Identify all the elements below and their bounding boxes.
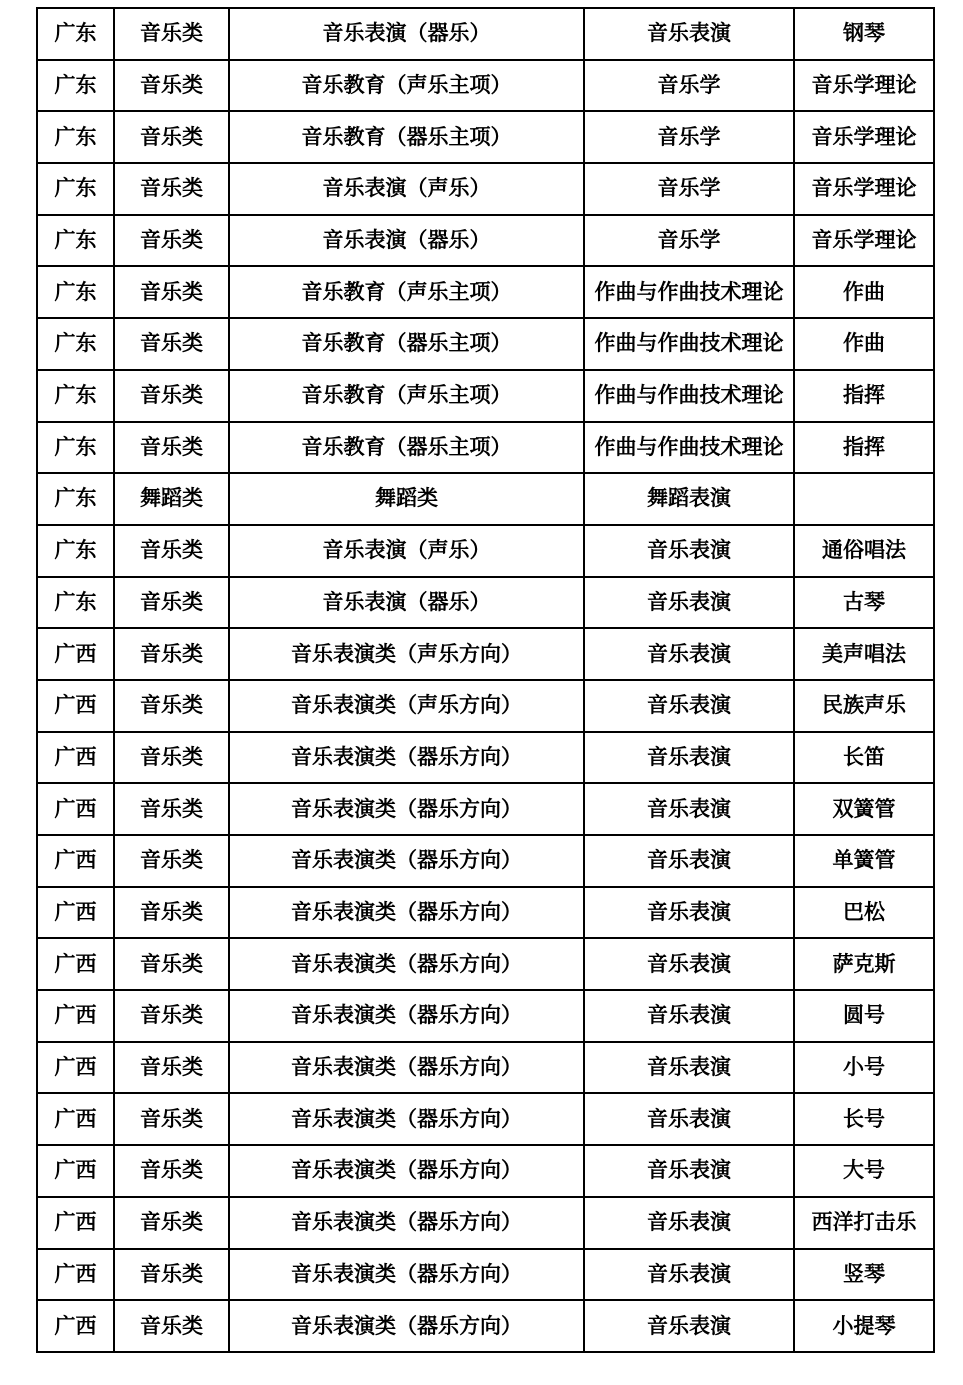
table-row: 广西音乐类音乐表演类（器乐方向）音乐表演小号 (37, 1042, 934, 1094)
major-cell: 音乐教育（声乐主项） (229, 60, 584, 112)
table-row: 广西音乐类音乐表演类（器乐方向）音乐表演大号 (37, 1145, 934, 1197)
specialty-cell: 西洋打击乐 (794, 1197, 934, 1249)
table-row: 广西音乐类音乐表演类（器乐方向）音乐表演双簧管 (37, 783, 934, 835)
specialty-cell: 巴松 (794, 887, 934, 939)
subject-cell: 音乐表演 (584, 938, 794, 990)
province-cell: 广西 (37, 1300, 114, 1352)
major-cell: 音乐表演类（器乐方向） (229, 990, 584, 1042)
table-row: 广东音乐类音乐表演（器乐）音乐学音乐学理论 (37, 215, 934, 267)
province-cell: 广西 (37, 887, 114, 939)
major-cell: 音乐表演（器乐） (229, 8, 584, 60)
province-cell: 广东 (37, 577, 114, 629)
category-cell: 音乐类 (114, 163, 229, 215)
category-cell: 音乐类 (114, 835, 229, 887)
table-row: 广东音乐类音乐表演（器乐）音乐表演钢琴 (37, 8, 934, 60)
category-cell: 音乐类 (114, 370, 229, 422)
table-row: 广西音乐类音乐表演类（器乐方向）音乐表演长笛 (37, 732, 934, 784)
table-row: 广西音乐类音乐表演类（器乐方向）音乐表演西洋打击乐 (37, 1197, 934, 1249)
province-cell: 广东 (37, 266, 114, 318)
category-cell: 音乐类 (114, 111, 229, 163)
category-cell: 音乐类 (114, 422, 229, 474)
table-row: 广西音乐类音乐表演类（器乐方向）音乐表演萨克斯 (37, 938, 934, 990)
category-cell: 音乐类 (114, 783, 229, 835)
specialty-cell: 小号 (794, 1042, 934, 1094)
table-row: 广东音乐类音乐教育（器乐主项）作曲与作曲技术理论指挥 (37, 422, 934, 474)
table-row: 广东音乐类音乐表演（器乐）音乐表演古琴 (37, 577, 934, 629)
specialty-cell: 萨克斯 (794, 938, 934, 990)
table-row: 广东音乐类音乐教育（声乐主项）作曲与作曲技术理论指挥 (37, 370, 934, 422)
specialty-cell: 音乐学理论 (794, 215, 934, 267)
subject-cell: 音乐表演 (584, 1300, 794, 1352)
subject-cell: 音乐学 (584, 111, 794, 163)
major-cell: 音乐表演类（器乐方向） (229, 835, 584, 887)
province-cell: 广西 (37, 1249, 114, 1301)
specialty-cell: 音乐学理论 (794, 163, 934, 215)
major-cell: 音乐表演类（器乐方向） (229, 1145, 584, 1197)
table-row: 广东音乐类音乐教育（器乐主项）作曲与作曲技术理论作曲 (37, 318, 934, 370)
major-cell: 音乐表演类（器乐方向） (229, 1197, 584, 1249)
specialty-cell: 长笛 (794, 732, 934, 784)
subject-cell: 音乐学 (584, 215, 794, 267)
major-cell: 音乐教育（声乐主项） (229, 370, 584, 422)
subject-cell: 音乐表演 (584, 680, 794, 732)
specialty-cell: 指挥 (794, 370, 934, 422)
category-cell: 音乐类 (114, 680, 229, 732)
specialty-cell: 长号 (794, 1093, 934, 1145)
category-cell: 音乐类 (114, 1042, 229, 1094)
specialty-cell: 指挥 (794, 422, 934, 474)
major-cell: 音乐表演类（声乐方向） (229, 628, 584, 680)
subject-cell: 音乐表演 (584, 783, 794, 835)
category-cell: 音乐类 (114, 1093, 229, 1145)
province-cell: 广西 (37, 680, 114, 732)
category-cell: 音乐类 (114, 266, 229, 318)
table-row: 广东音乐类音乐表演（声乐）音乐学音乐学理论 (37, 163, 934, 215)
major-cell: 音乐表演类（器乐方向） (229, 938, 584, 990)
subject-cell: 音乐表演 (584, 1197, 794, 1249)
table-row: 广西音乐类音乐表演类（声乐方向）音乐表演美声唱法 (37, 628, 934, 680)
province-cell: 广东 (37, 8, 114, 60)
province-cell: 广西 (37, 783, 114, 835)
category-cell: 音乐类 (114, 628, 229, 680)
subject-cell: 音乐表演 (584, 525, 794, 577)
specialty-cell: 音乐学理论 (794, 111, 934, 163)
table-row: 广西音乐类音乐表演类（器乐方向）音乐表演圆号 (37, 990, 934, 1042)
category-cell: 音乐类 (114, 1145, 229, 1197)
subject-cell: 音乐表演 (584, 577, 794, 629)
subject-cell: 作曲与作曲技术理论 (584, 422, 794, 474)
subject-cell: 音乐表演 (584, 1145, 794, 1197)
specialty-cell: 单簧管 (794, 835, 934, 887)
category-cell: 音乐类 (114, 1300, 229, 1352)
specialty-cell: 音乐学理论 (794, 60, 934, 112)
major-cell: 音乐表演类（声乐方向） (229, 680, 584, 732)
table-row: 广东音乐类音乐表演（声乐）音乐表演通俗唱法 (37, 525, 934, 577)
specialty-cell: 美声唱法 (794, 628, 934, 680)
category-cell: 音乐类 (114, 8, 229, 60)
category-cell: 音乐类 (114, 215, 229, 267)
major-cell: 音乐教育（声乐主项） (229, 266, 584, 318)
specialty-cell: 圆号 (794, 990, 934, 1042)
subject-cell: 音乐表演 (584, 628, 794, 680)
specialty-cell: 竖琴 (794, 1249, 934, 1301)
major-cell: 音乐表演类（器乐方向） (229, 783, 584, 835)
major-cell: 音乐表演类（器乐方向） (229, 1300, 584, 1352)
category-cell: 音乐类 (114, 525, 229, 577)
subject-cell: 音乐表演 (584, 8, 794, 60)
specialty-cell: 作曲 (794, 318, 934, 370)
major-cell: 音乐表演（器乐） (229, 577, 584, 629)
category-cell: 音乐类 (114, 1197, 229, 1249)
province-cell: 广西 (37, 938, 114, 990)
table-row: 广东舞蹈类舞蹈类舞蹈表演 (37, 473, 934, 525)
category-cell: 音乐类 (114, 732, 229, 784)
table-row: 广西音乐类音乐表演类（器乐方向）音乐表演长号 (37, 1093, 934, 1145)
category-cell: 音乐类 (114, 1249, 229, 1301)
table-row: 广西音乐类音乐表演类（器乐方向）音乐表演竖琴 (37, 1249, 934, 1301)
table-row: 广西音乐类音乐表演类（器乐方向）音乐表演小提琴 (37, 1300, 934, 1352)
subject-cell: 作曲与作曲技术理论 (584, 318, 794, 370)
table-row: 广东音乐类音乐教育（声乐主项）音乐学音乐学理论 (37, 60, 934, 112)
province-cell: 广西 (37, 1042, 114, 1094)
category-cell: 音乐类 (114, 318, 229, 370)
specialty-cell: 钢琴 (794, 8, 934, 60)
province-cell: 广东 (37, 60, 114, 112)
province-cell: 广西 (37, 1093, 114, 1145)
specialty-cell: 古琴 (794, 577, 934, 629)
major-cell: 音乐教育（器乐主项） (229, 318, 584, 370)
major-cell: 音乐表演类（器乐方向） (229, 1042, 584, 1094)
table-row: 广西音乐类音乐表演类（器乐方向）音乐表演单簧管 (37, 835, 934, 887)
subject-cell: 作曲与作曲技术理论 (584, 266, 794, 318)
major-cell: 音乐教育（器乐主项） (229, 422, 584, 474)
major-cell: 音乐表演类（器乐方向） (229, 732, 584, 784)
major-cell: 音乐表演类（器乐方向） (229, 1249, 584, 1301)
subject-cell: 音乐表演 (584, 732, 794, 784)
major-cell: 音乐表演类（器乐方向） (229, 887, 584, 939)
province-cell: 广西 (37, 1197, 114, 1249)
subject-cell: 舞蹈表演 (584, 473, 794, 525)
admissions-table: 广东音乐类音乐表演（器乐）音乐表演钢琴广东音乐类音乐教育（声乐主项）音乐学音乐学… (36, 7, 935, 1353)
province-cell: 广东 (37, 370, 114, 422)
table-row: 广东音乐类音乐教育（器乐主项）音乐学音乐学理论 (37, 111, 934, 163)
province-cell: 广西 (37, 1145, 114, 1197)
province-cell: 广西 (37, 732, 114, 784)
specialty-cell (794, 473, 934, 525)
specialty-cell: 民族声乐 (794, 680, 934, 732)
subject-cell: 音乐表演 (584, 990, 794, 1042)
province-cell: 广东 (37, 473, 114, 525)
specialty-cell: 双簧管 (794, 783, 934, 835)
category-cell: 音乐类 (114, 887, 229, 939)
table-row: 广西音乐类音乐表演类（器乐方向）音乐表演巴松 (37, 887, 934, 939)
table-body: 广东音乐类音乐表演（器乐）音乐表演钢琴广东音乐类音乐教育（声乐主项）音乐学音乐学… (37, 8, 934, 1352)
major-cell: 音乐教育（器乐主项） (229, 111, 584, 163)
specialty-cell: 小提琴 (794, 1300, 934, 1352)
table-row: 广西音乐类音乐表演类（声乐方向）音乐表演民族声乐 (37, 680, 934, 732)
subject-cell: 音乐学 (584, 163, 794, 215)
category-cell: 音乐类 (114, 577, 229, 629)
document-page: 广东音乐类音乐表演（器乐）音乐表演钢琴广东音乐类音乐教育（声乐主项）音乐学音乐学… (0, 0, 963, 1385)
major-cell: 音乐表演（声乐） (229, 525, 584, 577)
province-cell: 广东 (37, 318, 114, 370)
subject-cell: 音乐表演 (584, 1042, 794, 1094)
major-cell: 音乐表演（声乐） (229, 163, 584, 215)
specialty-cell: 作曲 (794, 266, 934, 318)
subject-cell: 音乐表演 (584, 835, 794, 887)
province-cell: 广东 (37, 422, 114, 474)
subject-cell: 作曲与作曲技术理论 (584, 370, 794, 422)
category-cell: 音乐类 (114, 990, 229, 1042)
category-cell: 音乐类 (114, 938, 229, 990)
category-cell: 舞蹈类 (114, 473, 229, 525)
subject-cell: 音乐表演 (584, 1249, 794, 1301)
subject-cell: 音乐表演 (584, 1093, 794, 1145)
major-cell: 舞蹈类 (229, 473, 584, 525)
subject-cell: 音乐学 (584, 60, 794, 112)
province-cell: 广东 (37, 163, 114, 215)
subject-cell: 音乐表演 (584, 887, 794, 939)
category-cell: 音乐类 (114, 60, 229, 112)
specialty-cell: 大号 (794, 1145, 934, 1197)
province-cell: 广东 (37, 111, 114, 163)
table-row: 广东音乐类音乐教育（声乐主项）作曲与作曲技术理论作曲 (37, 266, 934, 318)
province-cell: 广东 (37, 215, 114, 267)
major-cell: 音乐表演（器乐） (229, 215, 584, 267)
province-cell: 广西 (37, 628, 114, 680)
province-cell: 广东 (37, 525, 114, 577)
specialty-cell: 通俗唱法 (794, 525, 934, 577)
province-cell: 广西 (37, 990, 114, 1042)
major-cell: 音乐表演类（器乐方向） (229, 1093, 584, 1145)
province-cell: 广西 (37, 835, 114, 887)
